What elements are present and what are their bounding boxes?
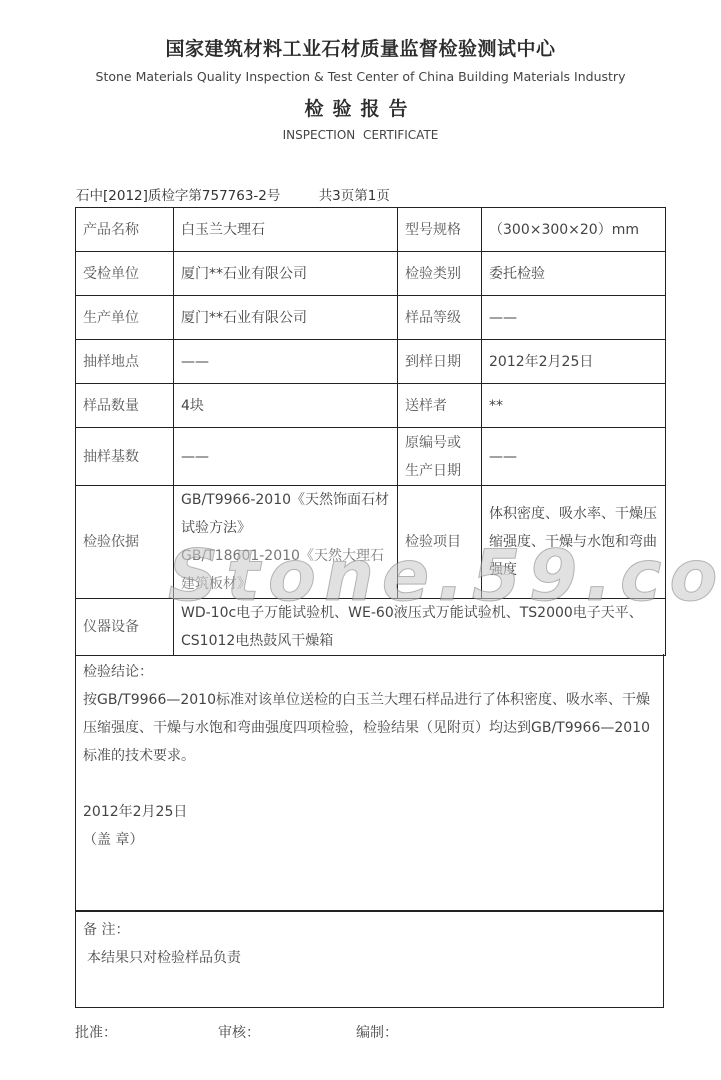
value-inspected-unit: 厦门**石业有限公司: [174, 252, 398, 296]
value-arrival-date: 2012年2月25日: [482, 340, 666, 384]
value-inspection-basis: GB/T9966-2010《天然饰面石材试验方法》 GB/T18601-2010…: [174, 486, 398, 599]
conclusion-date: 2012年2月25日: [83, 798, 656, 826]
remark-text: 本结果只对检验样品负责: [83, 944, 656, 972]
label-inspection-items: 检验项目: [398, 486, 482, 599]
label-manufacturer: 生产单位: [76, 296, 174, 340]
review-label: 审核：: [218, 1022, 260, 1042]
page-count: 共3页第1页: [319, 188, 390, 204]
table-row: 仪器设备 WD-10c电子万能试验机、WE-60液压式万能试验机、TS2000电…: [76, 599, 666, 656]
table-row: 抽样基数 —— 原编号或生产日期 ——: [76, 428, 666, 486]
label-inspected-unit: 受检单位: [76, 252, 174, 296]
conclusion-label: 检验结论：: [83, 658, 656, 686]
value-sender: **: [482, 384, 666, 428]
label-original-number: 原编号或生产日期: [398, 428, 482, 486]
value-sampling-location: ——: [174, 340, 398, 384]
basis-standard-2: GB/T18601-2010《天然大理石建筑板材》: [181, 542, 390, 598]
value-equipment: WD-10c电子万能试验机、WE-60液压式万能试验机、TS2000电子天平、C…: [174, 599, 666, 656]
label-sampling-location: 抽样地点: [76, 340, 174, 384]
table-row: 检验依据 GB/T9966-2010《天然饰面石材试验方法》 GB/T18601…: [76, 486, 666, 599]
report-title-cn: 检验报告: [0, 94, 721, 121]
document-number-line: 石中[2012]质检字第757763-2号 共3页第1页: [76, 184, 424, 204]
remark-label: 备 注：: [83, 916, 656, 944]
label-arrival-date: 到样日期: [398, 340, 482, 384]
report-title-en: INSPECTION CERTIFICATE: [0, 128, 721, 142]
table-row: 抽样地点 —— 到样日期 2012年2月25日: [76, 340, 666, 384]
seal-placeholder: （盖 章）: [83, 826, 656, 854]
value-original-number: ——: [482, 428, 666, 486]
label-sample-quantity: 样品数量: [76, 384, 174, 428]
approve-label: 批准：: [75, 1022, 117, 1042]
inspection-table: 产品名称 白玉兰大理石 型号规格 （300×300×20）mm 受检单位 厦门*…: [75, 207, 666, 656]
label-spec: 型号规格: [398, 208, 482, 252]
label-inspection-type: 检验类别: [398, 252, 482, 296]
value-sampling-base: ——: [174, 428, 398, 486]
conclusion-text: 按GB/T9966—2010标准对该单位送检的白玉兰大理石样品进行了体积密度、吸…: [83, 686, 656, 770]
document-number: 石中[2012]质检字第757763-2号: [76, 188, 280, 204]
table-row: 生产单位 厦门**石业有限公司 样品等级 ——: [76, 296, 666, 340]
conclusion-box: 检验结论： 按GB/T9966—2010标准对该单位送检的白玉兰大理石样品进行了…: [75, 654, 664, 911]
label-sender: 送样者: [398, 384, 482, 428]
label-sample-grade: 样品等级: [398, 296, 482, 340]
label-inspection-basis: 检验依据: [76, 486, 174, 599]
table-row: 受检单位 厦门**石业有限公司 检验类别 委托检验: [76, 252, 666, 296]
value-sample-grade: ——: [482, 296, 666, 340]
basis-standard-1: GB/T9966-2010《天然饰面石材试验方法》: [181, 486, 390, 542]
table-row: 产品名称 白玉兰大理石 型号规格 （300×300×20）mm: [76, 208, 666, 252]
value-spec: （300×300×20）mm: [482, 208, 666, 252]
label-sampling-base: 抽样基数: [76, 428, 174, 486]
org-title-cn: 国家建筑材料工业石材质量监督检验测试中心: [0, 34, 721, 61]
remark-box: 备 注： 本结果只对检验样品负责: [75, 911, 664, 1008]
label-product-name: 产品名称: [76, 208, 174, 252]
org-title-en: Stone Materials Quality Inspection & Tes…: [0, 69, 721, 84]
table-row: 样品数量 4块 送样者 **: [76, 384, 666, 428]
value-sample-quantity: 4块: [174, 384, 398, 428]
value-inspection-items: 体积密度、吸水率、干燥压缩强度、干燥与水饱和弯曲强度: [482, 486, 666, 599]
label-equipment: 仪器设备: [76, 599, 174, 656]
value-manufacturer: 厦门**石业有限公司: [174, 296, 398, 340]
value-inspection-type: 委托检验: [482, 252, 666, 296]
compile-label: 编制：: [356, 1022, 398, 1042]
value-product-name: 白玉兰大理石: [174, 208, 398, 252]
